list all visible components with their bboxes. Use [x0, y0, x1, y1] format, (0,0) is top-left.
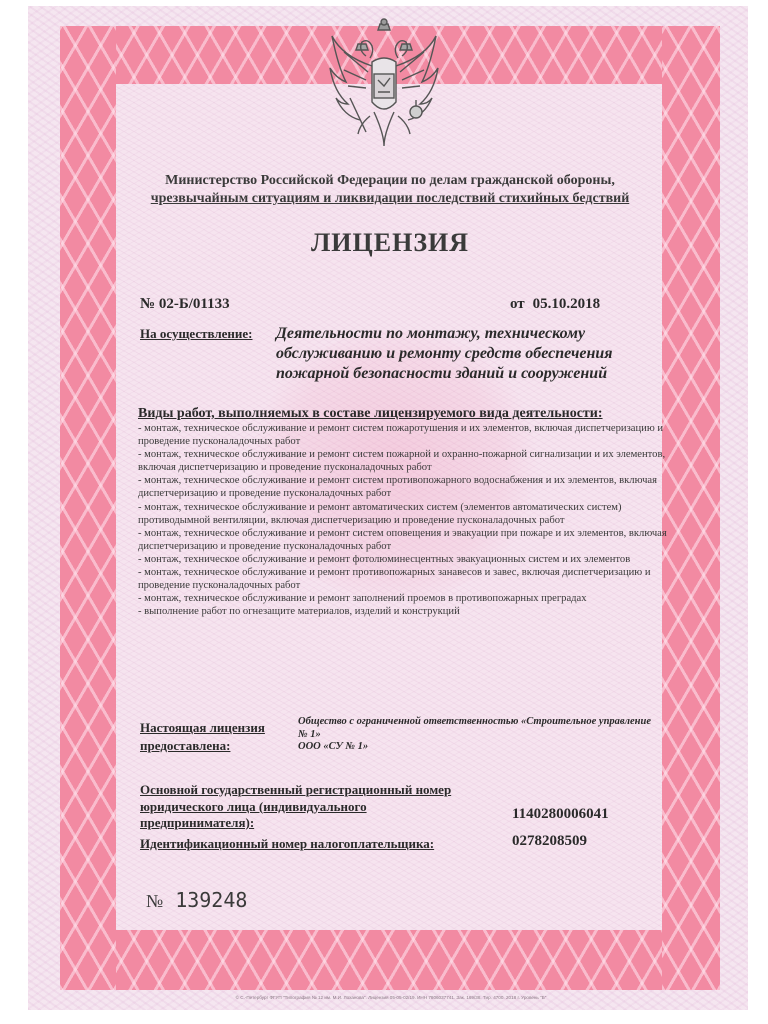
ogrn-value: 1140280006041 [512, 806, 609, 823]
date-value: 05.10.2018 [533, 296, 601, 312]
list-item: - монтаж, техническое обслуживание и рем… [138, 474, 668, 500]
list-item: - монтаж, техническое обслуживание и рем… [138, 592, 668, 605]
license-number: № 02-Б/01133 [140, 296, 230, 313]
works-list: - монтаж, техническое обслуживание и рем… [138, 422, 668, 618]
list-item: - монтаж, техническое обслуживание и рем… [138, 501, 668, 527]
inn-value: 0278208509 [512, 833, 587, 850]
holder-name: Общество с ограниченной ответственностью… [298, 716, 658, 754]
inn-label: Идентификационный номер налогоплательщик… [140, 836, 434, 852]
list-item: - выполнение работ по огнезащите материа… [138, 605, 668, 618]
ogrn-label: Основной государственный регистрационный… [140, 782, 460, 832]
list-item: - монтаж, техническое обслуживание и рем… [138, 553, 668, 566]
purpose-text: Деятельности по монтажу, техническому об… [276, 324, 656, 384]
list-item: - монтаж, техническое обслуживание и рем… [138, 527, 668, 553]
list-item: - монтаж, техническое обслуживание и рем… [138, 566, 668, 592]
holder-label-line-2: предоставлена: [140, 737, 290, 755]
holder-short-name: ООО «СУ № 1» [298, 741, 658, 754]
holder-label-line-1: Настоящая лицензия [140, 719, 290, 737]
holder-full-name: Общество с ограниченной ответственностью… [298, 716, 658, 741]
holder-label: Настоящая лицензия предоставлена: [140, 719, 290, 755]
number-sign: № [146, 891, 163, 911]
date-prefix: от [510, 296, 525, 312]
serial-value: 139248 [175, 888, 247, 912]
blank-serial-number: №139248 [146, 888, 247, 912]
license-date: от05.10.2018 [510, 296, 600, 313]
ministry-line-2: чрезвычайным ситуациям и ликвидации посл… [130, 190, 650, 208]
list-item: - монтаж, техническое обслуживание и рем… [138, 422, 668, 448]
ministry-heading: Министерство Российской Федерации по дел… [130, 172, 650, 208]
works-heading: Виды работ, выполняемых в составе лиценз… [138, 406, 603, 422]
printer-footer: © С.-Петербург ФГУП "Типография № 12 им.… [186, 995, 596, 1000]
document-title: ЛИЦЕНЗИЯ [130, 228, 650, 258]
ministry-line-1: Министерство Российской Федерации по дел… [130, 172, 650, 190]
purpose-label: На осуществление: [140, 326, 253, 342]
list-item: - монтаж, техническое обслуживание и рем… [138, 448, 668, 474]
